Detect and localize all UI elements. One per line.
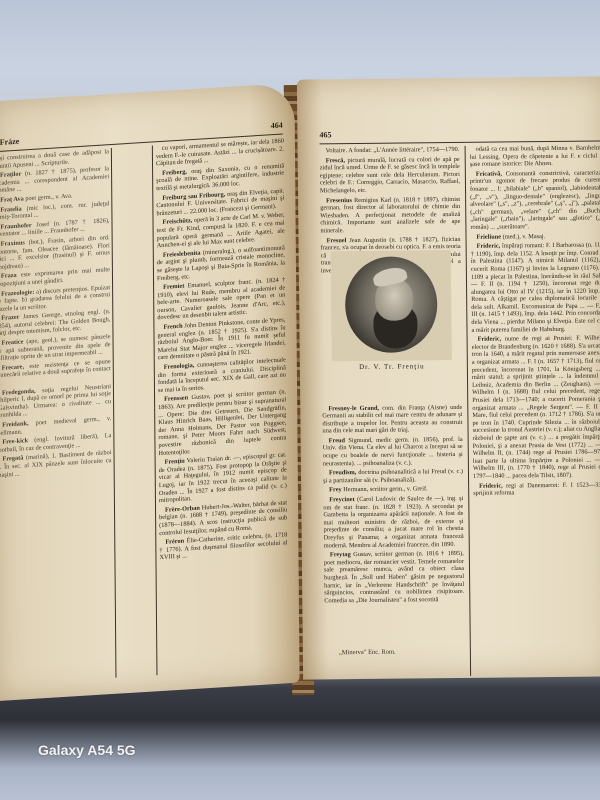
entry: Freudism, doctrina psihoanalitică a lui …	[323, 468, 463, 485]
entry: Frideric, nume de regi ai Prusiei: F. Wi…	[472, 335, 600, 481]
entry: Voltaire. A fondat: „L'Année littéraire"…	[320, 146, 460, 155]
open-book: Fráze 464 și construirea a două case de …	[0, 0, 600, 800]
left-page-number: 464	[271, 121, 283, 131]
entry: Frenologia, cunoaşterea calităţilor inte…	[158, 356, 286, 394]
portrait-caption: Dr. V. Tr. Frenţiu	[332, 362, 452, 371]
entry: French John Denton Pinkstone, conte de Y…	[157, 316, 285, 362]
left-page-column-2	[114, 146, 155, 683]
entry: Frenţiu Valeriu Traian dr. —, episcopul …	[159, 451, 287, 504]
entry: Freischütz, operă în 3 acte de Carl M. v…	[157, 212, 285, 250]
entry: Freud Sigmund, medic germ. (n. 1856), pr…	[323, 436, 463, 468]
entry: Freieslebenita (mineralog.), o sulfoanti…	[157, 244, 285, 282]
entry: Fresenius Remigius Karl (n. 1818 † 1897)…	[320, 195, 460, 234]
portrait-figure: Dr. V. Tr. Frenţiu	[331, 250, 452, 361]
entry: Frieliune (med.), v. Masaj.	[470, 232, 600, 241]
right-page-number: 465	[319, 130, 331, 139]
entry: Frey Hermann, scriitor germ., v. Greif.	[323, 485, 463, 494]
portrait-photo-icon	[345, 256, 438, 353]
left-page-running-head: Fráze	[0, 137, 19, 147]
entry: Freycinet (Carol Ludovic de Saulce de —)…	[323, 495, 464, 550]
entry: Fresnoy-le Grand, com. din Franţa (Aisne…	[322, 403, 462, 435]
left-page-column-3: cu vapori, armamentul se mărește, iar de…	[156, 137, 289, 680]
camera-watermark: Galaxy A54 5G	[38, 742, 136, 758]
right-page-header: 465	[319, 126, 600, 144]
entry: Frideric, împăraţi romani: F. I Barbaros…	[471, 242, 600, 335]
entry: Frenssen Gustav, poet şi scriitor german…	[158, 389, 287, 458]
entry: Frescă, pictură murală, lucrată cu color…	[320, 156, 460, 195]
entry: Frideric, regi ai Danemarcei: F. I 1523—…	[473, 481, 600, 498]
entry: Freytag Gustav, scriitor german (n. 1816…	[324, 550, 465, 605]
entry: Fricativă, Consonantă constrictivă, cara…	[470, 169, 600, 231]
left-page: Fráze 464 și construirea a două case de …	[0, 83, 300, 701]
page-footer-publisher: „Minerva" Enc. Rom.	[339, 649, 396, 657]
entry: odată ca cea mai bună, după Minna v. Bar…	[470, 144, 600, 168]
right-page-column-1: Voltaire. A fondat: „L'Année littéraire"…	[320, 146, 465, 647]
right-page: 465 Voltaire. A fondat: „L'Année littéra…	[297, 76, 600, 679]
right-page-column-2: odată ca cea mai bună, după Minna v. Bar…	[470, 144, 600, 665]
entry: Fremiet Emanuel, sculptor franc. (n. 182…	[157, 276, 285, 322]
